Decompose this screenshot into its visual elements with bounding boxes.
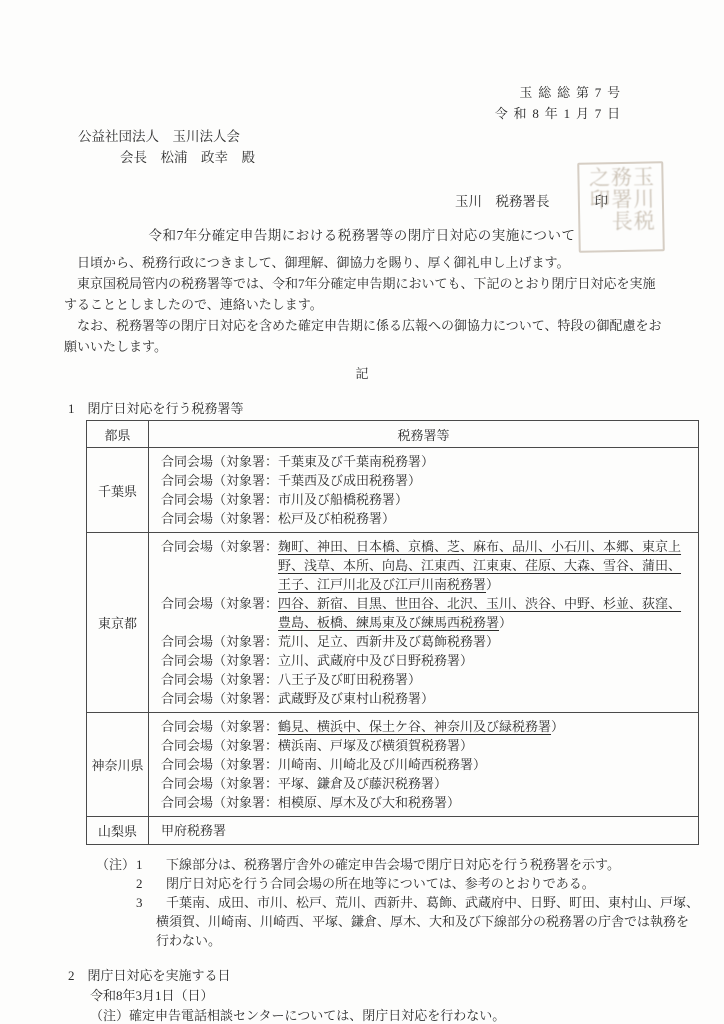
body-paragraph: 日頃から、税務行政につきまして、御理解、御協力を賜り、厚く御礼申し上げます。 <box>64 252 664 273</box>
note-number: 1 <box>136 855 156 874</box>
office-entry: 合同会場（対象署：千葉東及び千葉南税務署） <box>161 452 690 471</box>
prefecture-cell: 山梨県 <box>87 817 149 845</box>
table-header-row: 都県 税務署等 <box>87 421 699 448</box>
recipient-block: 公益社団法人 玉川法人会 会長 松浦 政幸 殿 <box>78 126 255 168</box>
table-row: 神奈川県合同会場（対象署：鶴見、横浜中、保土ケ谷、神奈川及び緑税務署）合同会場（… <box>87 713 699 817</box>
section1-heading: 1 閉庁日対応を行う税務署等 <box>68 398 724 417</box>
office-entry: 合同会場（対象署：四谷、新宿、目黒、世田谷、北沢、玉川、渋谷、中野、杉並、荻窪、… <box>161 594 690 632</box>
note-item: 2閉庁日対応を行う合同会場の所在地等については、参考のとおりである。 <box>96 874 724 893</box>
body-paragraph: 東京国税局管内の税務署等では、令和7年分確定申告期においても、下記のとおり閉庁日… <box>64 273 664 315</box>
recipient-org: 公益社団法人 玉川法人会 <box>78 126 255 147</box>
recipient-person: 会長 松浦 政幸 殿 <box>78 147 255 168</box>
note-item: 3千葉南、成田、市川、松戸、荒川、西新井、葛飾、武蔵府中、日野、町田、東村山、戸… <box>96 893 724 950</box>
office-entry: 合同会場（対象署：平塚、鎌倉及び藤沢税務署） <box>161 774 690 793</box>
office-entry: 合同会場（対象署：鶴見、横浜中、保土ケ谷、神奈川及び緑税務署） <box>161 717 690 736</box>
prefecture-cell: 東京都 <box>87 533 149 713</box>
office-entry: 甲府税務署 <box>161 821 690 840</box>
col-header-prefecture: 都県 <box>87 421 149 448</box>
note-label: （注） <box>96 855 136 874</box>
section2-heading: 2 閉庁日対応を実施する日 <box>68 966 724 986</box>
offices-table-body: 千葉県合同会場（対象署：千葉東及び千葉南税務署）合同会場（対象署：千葉西及び成田… <box>87 448 699 845</box>
office-entry: 合同会場（対象署：相模原、厚木及び大和税務署） <box>161 793 690 812</box>
reference-number: 玉総総第7号 <box>495 82 626 103</box>
offices-cell: 合同会場（対象署：鶴見、横浜中、保土ケ谷、神奈川及び緑税務署）合同会場（対象署：… <box>149 713 699 817</box>
sender-title: 玉川 税務署長 <box>455 194 550 209</box>
office-entry: 合同会場（対象署：八王子及び町田税務署） <box>161 670 690 689</box>
offices-table: 都県 税務署等 千葉県合同会場（対象署：千葉東及び千葉南税務署）合同会場（対象署… <box>86 420 699 845</box>
note-text: 下線部分は、税務署庁舎外の確定申告会場で閉庁日対応を行う税務署を示す。 <box>156 855 701 874</box>
office-entry: 合同会場（対象署：麹町、神田、日本橋、京橋、芝、麻布、品川、小石川、本郷、東京上… <box>161 537 690 594</box>
section2-note: （注）確定申告電話相談センターについては、閉庁日対応を行わない。 <box>90 1006 724 1024</box>
offices-cell: 合同会場（対象署：麹町、神田、日本橋、京橋、芝、麻布、品川、小石川、本郷、東京上… <box>149 533 699 713</box>
document-title: 令和7年分確定申告期における税務署等の閉庁日対応の実施について <box>0 224 724 244</box>
record-marker: 記 <box>0 363 724 382</box>
office-entry: 合同会場（対象署：荒川、足立、西新井及び葛飾税務署） <box>161 632 690 651</box>
note-label <box>96 893 136 950</box>
prefecture-cell: 千葉県 <box>87 448 149 533</box>
note-number: 3 <box>136 893 156 950</box>
lower-content: 1 閉庁日対応を行う税務署等 都県 税務署等 千葉県合同会場（対象署：千葉東及び… <box>0 398 724 1024</box>
offices-cell: 合同会場（対象署：千葉東及び千葉南税務署）合同会場（対象署：千葉西及び成田税務署… <box>149 448 699 533</box>
body-paragraph: なお、税務署等の閉庁日対応を含めた確定申告期に係る広報への御協力について、特段の… <box>64 315 664 357</box>
office-entry: 合同会場（対象署：立川、武蔵府中及び日野税務署） <box>161 651 690 670</box>
office-entry: 合同会場（対象署：松戸及び柏税務署） <box>161 509 690 528</box>
office-entry: 合同会場（対象署：市川及び船橋税務署） <box>161 490 690 509</box>
office-entry: 合同会場（対象署：千葉西及び成田税務署） <box>161 471 690 490</box>
notes-block: （注）1下線部分は、税務署庁舎外の確定申告会場で閉庁日対応を行う税務署を示す。2… <box>96 855 724 950</box>
offices-cell: 甲府税務署 <box>149 817 699 845</box>
note-text: 千葉南、成田、市川、松戸、荒川、西新井、葛飾、武蔵府中、日野、町田、東村山、戸塚… <box>156 893 701 950</box>
section2-block: 2 閉庁日対応を実施する日 令和8年3月1日（日） （注）確定申告電話相談センタ… <box>68 966 724 1024</box>
prefecture-cell: 神奈川県 <box>87 713 149 817</box>
table-row: 山梨県甲府税務署 <box>87 817 699 845</box>
office-entry: 合同会場（対象署：横浜南、戸塚及び横須賀税務署） <box>161 736 690 755</box>
office-entry: 合同会場（対象署：川崎南、川崎北及び川崎西税務署） <box>161 755 690 774</box>
table-row: 東京都合同会場（対象署：麹町、神田、日本橋、京橋、芝、麻布、品川、小石川、本郷、… <box>87 533 699 713</box>
col-header-offices: 税務署等 <box>149 421 699 448</box>
note-item: （注）1下線部分は、税務署庁舎外の確定申告会場で閉庁日対応を行う税務署を示す。 <box>96 855 724 874</box>
issue-date: 令和8年1月7日 <box>495 103 626 124</box>
note-number: 2 <box>136 874 156 893</box>
section2-date: 令和8年3月1日（日） <box>90 986 724 1006</box>
note-label <box>96 874 136 893</box>
body-paragraphs: 日頃から、税務行政につきまして、御理解、御協力を賜り、厚く御礼申し上げます。 東… <box>64 252 664 357</box>
office-entry: 合同会場（対象署：武蔵野及び東村山税務署） <box>161 689 690 708</box>
note-text: 閉庁日対応を行う合同会場の所在地等については、参考のとおりである。 <box>156 874 701 893</box>
scanned-document-page: 玉総総第7号 令和8年1月7日 公益社団法人 玉川法人会 会長 松浦 政幸 殿 … <box>0 0 724 1024</box>
reference-block: 玉総総第7号 令和8年1月7日 <box>495 82 626 124</box>
table-row: 千葉県合同会場（対象署：千葉東及び千葉南税務署）合同会場（対象署：千葉西及び成田… <box>87 448 699 533</box>
